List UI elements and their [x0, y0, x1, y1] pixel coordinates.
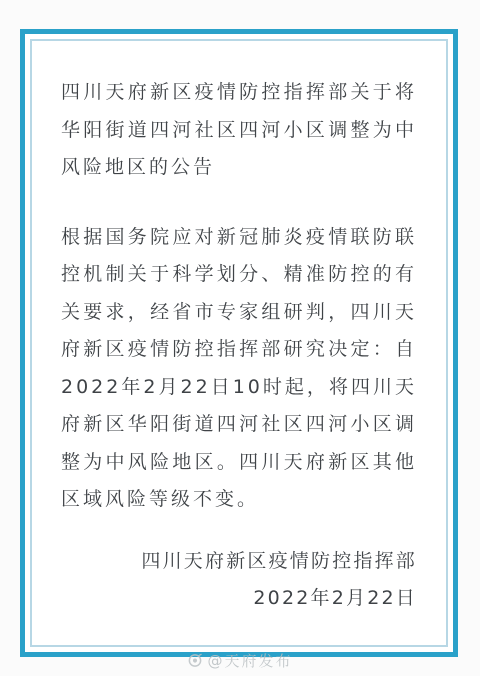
announcement-document: 四川天府新区疫情防控指挥部关于将 华阳街道四河社区四河小区调整为中 风险地区的公… — [32, 41, 446, 645]
title-line: 四川天府新区疫情防控指挥部关于将 — [61, 74, 417, 112]
document-border-frame: 四川天府新区疫情防控指挥部关于将 华阳街道四河社区四河小区调整为中 风险地区的公… — [20, 29, 458, 657]
title-line: 华阳街道四河社区四河小区调整为中 — [61, 112, 417, 150]
body-line: 整为中风险地区。四川天府新区其他 — [61, 444, 417, 482]
announcement-title: 四川天府新区疫情防控指挥部关于将 华阳街道四河社区四河小区调整为中 风险地区的公… — [61, 74, 417, 187]
body-line: 府新区华阳街道四河社区四河小区调 — [61, 406, 417, 444]
weibo-icon — [187, 653, 202, 668]
signature-date: 2022年2月22日 — [61, 580, 417, 618]
watermark-text: @天府发布 — [207, 650, 292, 671]
announcement-body: 根据国务院应对新冠肺炎疫情联防联 控机制关于科学划分、精准防控的有 关要求，经省… — [61, 219, 417, 519]
document-inner-border: 四川天府新区疫情防控指挥部关于将 华阳街道四河社区四河小区调整为中 风险地区的公… — [30, 39, 448, 647]
title-line: 风险地区的公告 — [61, 149, 417, 187]
body-line: 关要求，经省市专家组研判，四川天 — [61, 294, 417, 332]
signature-block: 四川天府新区疫情防控指挥部 2022年2月22日 — [61, 543, 417, 618]
body-line: 区域风险等级不变。 — [61, 481, 417, 519]
watermark: @天府发布 — [187, 650, 292, 671]
body-line: 府新区疫情防控指挥部研究决定：自 — [61, 331, 417, 369]
signature-issuer: 四川天府新区疫情防控指挥部 — [61, 543, 417, 581]
announcement-page: 四川天府新区疫情防控指挥部关于将 华阳街道四河社区四河小区调整为中 风险地区的公… — [0, 0, 480, 676]
body-line: 2022年2月22日10时起，将四川天 — [61, 369, 417, 407]
body-line: 根据国务院应对新冠肺炎疫情联防联 — [61, 219, 417, 257]
body-line: 控机制关于科学划分、精准防控的有 — [61, 256, 417, 294]
